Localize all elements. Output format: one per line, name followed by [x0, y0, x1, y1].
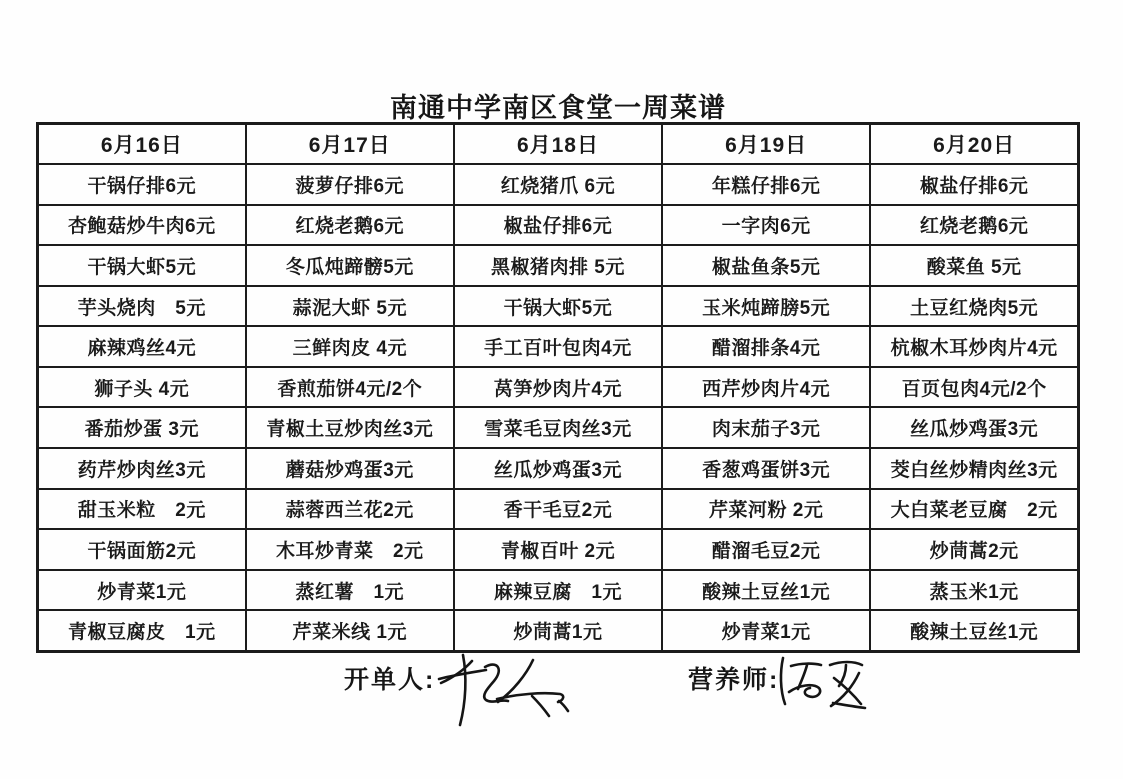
dish-cell: 蒜泥大虾 5元: [246, 286, 454, 327]
dish-cell: 芋头烧肉 5元: [38, 286, 246, 327]
dish-cell: 西芹炒肉片4元: [662, 367, 870, 408]
menu-row: 杏鲍菇炒牛肉6元红烧老鹅6元椒盐仔排6元一字肉6元红烧老鹅6元: [38, 205, 1079, 246]
dish-cell: 炒茼蒿1元: [454, 610, 662, 651]
dish-cell: 蘑菇炒鸡蛋3元: [246, 448, 454, 489]
issuer-label: 开单人:: [344, 660, 435, 696]
dish-cell: 肉末茄子3元: [662, 407, 870, 448]
dish-cell: 青椒百叶 2元: [454, 529, 662, 570]
dish-cell: 芹菜米线 1元: [246, 610, 454, 651]
dish-cell: 香葱鸡蛋饼3元: [662, 448, 870, 489]
dish-cell: 酸辣土豆丝1元: [870, 610, 1078, 651]
dish-cell: 青椒土豆炒肉丝3元: [246, 407, 454, 448]
dish-cell: 番茄炒蛋 3元: [38, 407, 246, 448]
menu-row: 甜玉米粒 2元蒜蓉西兰花2元香干毛豆2元芹菜河粉 2元大白菜老豆腐 2元: [38, 489, 1079, 530]
dish-cell: 蒸红薯 1元: [246, 570, 454, 611]
dish-cell: 雪菜毛豆肉丝3元: [454, 407, 662, 448]
menu-row: 干锅面筋2元木耳炒青菜 2元青椒百叶 2元醋溜毛豆2元炒茼蒿2元: [38, 529, 1079, 570]
dish-cell: 青椒豆腐皮 1元: [38, 610, 246, 651]
menu-row: 番茄炒蛋 3元青椒土豆炒肉丝3元雪菜毛豆肉丝3元肉末茄子3元丝瓜炒鸡蛋3元: [38, 407, 1079, 448]
dish-cell: 红烧老鹅6元: [246, 205, 454, 246]
dish-cell: 干锅仔排6元: [38, 164, 246, 205]
dish-cell: 椒盐鱼条5元: [662, 245, 870, 286]
menu-row: 药芹炒肉丝3元蘑菇炒鸡蛋3元丝瓜炒鸡蛋3元香葱鸡蛋饼3元茭白丝炒精肉丝3元: [38, 448, 1079, 489]
date-header-row: 6月16日 6月17日 6月18日 6月19日 6月20日: [38, 124, 1079, 165]
dish-cell: 丝瓜炒鸡蛋3元: [870, 407, 1078, 448]
dish-cell: 麻辣豆腐 1元: [454, 570, 662, 611]
dish-cell: 年糕仔排6元: [662, 164, 870, 205]
dish-cell: 菠萝仔排6元: [246, 164, 454, 205]
dish-cell: 莴笋炒肉片4元: [454, 367, 662, 408]
date-header-tue: 6月17日: [246, 124, 454, 165]
menu-row: 炒青菜1元蒸红薯 1元麻辣豆腐 1元酸辣土豆丝1元蒸玉米1元: [38, 570, 1079, 611]
dish-cell: 红烧老鹅6元: [870, 205, 1078, 246]
date-header-fri: 6月20日: [870, 124, 1078, 165]
nutritionist-label: 营养师:: [688, 660, 779, 696]
dish-cell: 炒青菜1元: [38, 570, 246, 611]
date-header-wed: 6月18日: [454, 124, 662, 165]
menu-row: 干锅仔排6元菠萝仔排6元红烧猪爪 6元年糕仔排6元椒盐仔排6元: [38, 164, 1079, 205]
dish-cell: 茭白丝炒精肉丝3元: [870, 448, 1078, 489]
page-title: 南通中学南区食堂一周菜谱: [36, 86, 1080, 125]
menu-table: 6月16日 6月17日 6月18日 6月19日 6月20日 干锅仔排6元菠萝仔排…: [36, 122, 1080, 653]
dish-cell: 杏鲍菇炒牛肉6元: [38, 205, 246, 246]
dish-cell: 黑椒猪肉排 5元: [454, 245, 662, 286]
dish-cell: 酸菜鱼 5元: [870, 245, 1078, 286]
menu-row: 狮子头 4元香煎茄饼4元/2个莴笋炒肉片4元西芹炒肉片4元百页包肉4元/2个: [38, 367, 1079, 408]
menu-row: 芋头烧肉 5元蒜泥大虾 5元干锅大虾5元玉米炖蹄膀5元土豆红烧肉5元: [38, 286, 1079, 327]
dish-cell: 蒸玉米1元: [870, 570, 1078, 611]
dish-cell: 三鲜肉皮 4元: [246, 326, 454, 367]
dish-cell: 蒜蓉西兰花2元: [246, 489, 454, 530]
dish-cell: 醋溜毛豆2元: [662, 529, 870, 570]
dish-cell: 玉米炖蹄膀5元: [662, 286, 870, 327]
dish-cell: 酸辣土豆丝1元: [662, 570, 870, 611]
dish-cell: 土豆红烧肉5元: [870, 286, 1078, 327]
menu-row: 麻辣鸡丝4元三鲜肉皮 4元手工百叶包肉4元醋溜排条4元杭椒木耳炒肉片4元: [38, 326, 1079, 367]
dish-cell: 甜玉米粒 2元: [38, 489, 246, 530]
dish-cell: 醋溜排条4元: [662, 326, 870, 367]
dish-cell: 炒茼蒿2元: [870, 529, 1078, 570]
dish-cell: 香干毛豆2元: [454, 489, 662, 530]
date-header-thu: 6月19日: [662, 124, 870, 165]
dish-cell: 干锅大虾5元: [38, 245, 246, 286]
issuer-signature: [432, 648, 582, 728]
dish-cell: 椒盐仔排6元: [870, 164, 1078, 205]
dish-cell: 椒盐仔排6元: [454, 205, 662, 246]
dish-cell: 红烧猪爪 6元: [454, 164, 662, 205]
dish-cell: 手工百叶包肉4元: [454, 326, 662, 367]
dish-cell: 干锅大虾5元: [454, 286, 662, 327]
dish-cell: 木耳炒青菜 2元: [246, 529, 454, 570]
nutritionist-signature: [772, 652, 867, 712]
dish-cell: 百页包肉4元/2个: [870, 367, 1078, 408]
scanned-menu-page: 南通中学南区食堂一周菜谱 6月16日 6月17日 6月18日 6月19日 6月2…: [0, 0, 1123, 779]
dish-cell: 杭椒木耳炒肉片4元: [870, 326, 1078, 367]
menu-row: 青椒豆腐皮 1元芹菜米线 1元炒茼蒿1元炒青菜1元酸辣土豆丝1元: [38, 610, 1079, 651]
dish-cell: 一字肉6元: [662, 205, 870, 246]
dish-cell: 香煎茄饼4元/2个: [246, 367, 454, 408]
dish-cell: 狮子头 4元: [38, 367, 246, 408]
menu-row: 干锅大虾5元冬瓜炖蹄髈5元黑椒猪肉排 5元椒盐鱼条5元酸菜鱼 5元: [38, 245, 1079, 286]
date-header-mon: 6月16日: [38, 124, 246, 165]
dish-cell: 冬瓜炖蹄髈5元: [246, 245, 454, 286]
dish-cell: 丝瓜炒鸡蛋3元: [454, 448, 662, 489]
dish-cell: 药芹炒肉丝3元: [38, 448, 246, 489]
menu-table-body: 干锅仔排6元菠萝仔排6元红烧猪爪 6元年糕仔排6元椒盐仔排6元杏鲍菇炒牛肉6元红…: [38, 164, 1079, 652]
dish-cell: 炒青菜1元: [662, 610, 870, 651]
dish-cell: 大白菜老豆腐 2元: [870, 489, 1078, 530]
menu-table-header: 6月16日 6月17日 6月18日 6月19日 6月20日: [38, 124, 1079, 165]
dish-cell: 芹菜河粉 2元: [662, 489, 870, 530]
dish-cell: 干锅面筋2元: [38, 529, 246, 570]
dish-cell: 麻辣鸡丝4元: [38, 326, 246, 367]
